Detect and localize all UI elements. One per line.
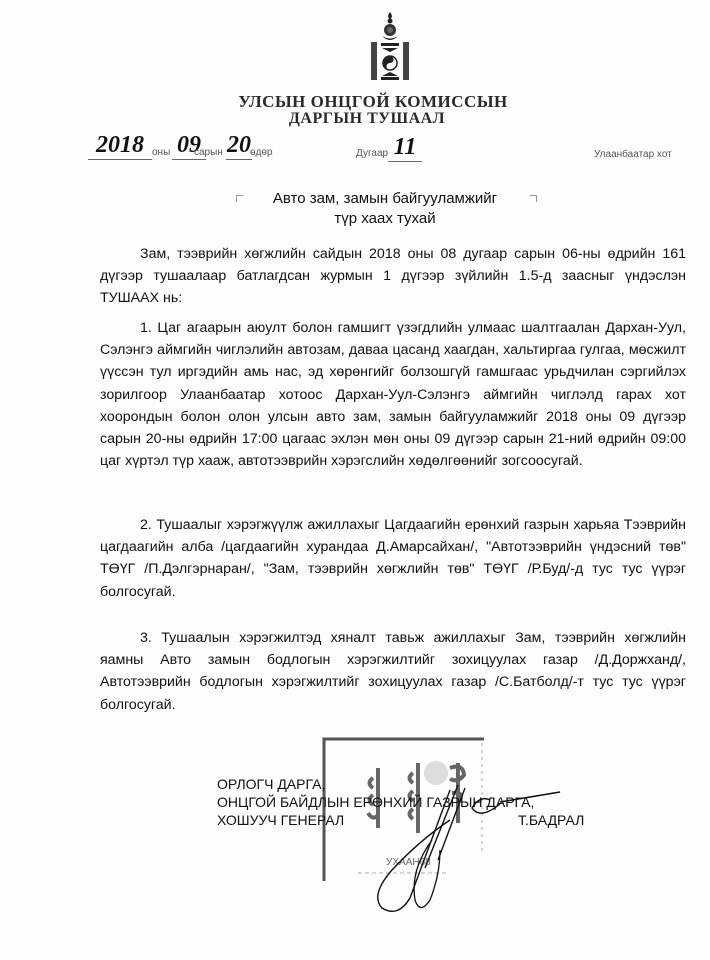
label-day: өдөр	[250, 147, 273, 158]
org-title: УЛСЫН ОНЦГОЙ КОМИССЫН	[0, 92, 710, 112]
order-item-text: 3. Тушаалын хэрэгжилтэд хяналт тавьж ажи…	[100, 627, 686, 716]
label-year: оны	[152, 147, 170, 158]
label-number: Дугаар	[356, 148, 388, 159]
subject-bracket-left	[236, 195, 243, 202]
soyombo-emblem-icon	[367, 10, 413, 82]
order-item-3: 3. Тушаалын хэрэгжилтэд хяналт тавьж ажи…	[100, 627, 686, 716]
subject-bracket-right	[530, 195, 537, 202]
document-number: 11	[388, 134, 422, 162]
document-subject: Авто зам, замын байгууламжийг түр хаах т…	[250, 189, 520, 229]
date-year: 2018	[88, 132, 152, 160]
order-item-text: 2. Тушаалыг хэрэгжүүлж ажиллахыг Цагдааг…	[100, 514, 686, 603]
order-item-2: 2. Тушаалыг хэрэгжүүлж ажиллахыг Цагдааг…	[100, 514, 686, 603]
order-item-text: 1. Цаг агаарын аюулт болон гамшигт үзэгд…	[100, 317, 686, 472]
order-item-1: 1. Цаг агаарын аюулт болон гамшигт үзэгд…	[100, 317, 686, 472]
intro-text: Зам, тээврийн хөгжлийн сайдын 2018 оны 0…	[100, 243, 686, 310]
subject-line-2: түр хаах тухай	[250, 209, 520, 229]
city-label: Улаанбаатар хот	[594, 149, 672, 160]
handwritten-signature-icon	[340, 780, 570, 920]
intro-paragraph: Зам, тээврийн хөгжлийн сайдын 2018 оны 0…	[100, 243, 686, 310]
subject-line-1: Авто зам, замын байгууламжийг	[250, 189, 520, 209]
signatory-title-1: ОРЛОГЧ ДАРГА,	[217, 776, 325, 793]
signatory-rank: ХОШУУЧ ГЕНЕРАЛ	[217, 812, 344, 829]
order-document-page: УЛСЫН ОНЦГОЙ КОМИССЫН ДАРГЫН ТУШААЛ 2018…	[0, 0, 710, 960]
date-day: 20	[226, 132, 252, 160]
document-type-title: ДАРГЫН ТУШААЛ	[0, 110, 710, 128]
label-month: сарын	[194, 147, 223, 158]
